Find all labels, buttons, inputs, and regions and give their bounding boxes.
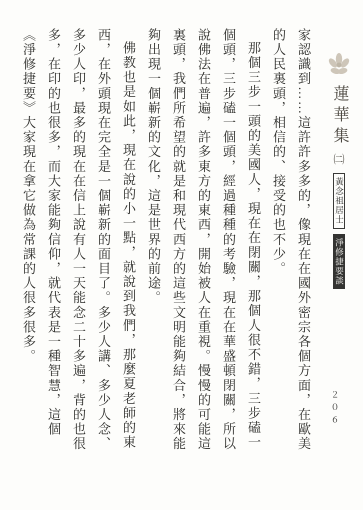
title-block: 蓮華集 ㈡ 黃念祖居士 淨修捷要談 [324,52,354,289]
lotus-seal-icon [327,52,351,78]
paragraph: 那個三步一頭的美國人，現在在閉關，那個人很不錯，三步磕一個頭，三步磕一個頭，經過… [141,28,266,464]
paragraph: 佛教也是如此，現在說的小一點，就說到我們，那麼夏老師的東西，在外頭現在完全是一個… [16,28,141,464]
author-box: 黃念祖居士 [333,173,346,229]
book-page: 蓮華集 ㈡ 黃念祖居士 淨修捷要談 ２０６ 家認識到……這許許多多的，像現在在國… [0,0,363,510]
paragraph-continuation: 家認識到……這許許多多的，像現在在國外密宗各個方面，在歐美的人民裏頭，相信的、接… [266,28,316,464]
book-title: 蓮華集 [331,85,347,148]
page-number: ２０６ [328,390,340,428]
section-box: 淨修捷要談 [333,234,345,290]
volume-label: ㈡ [334,155,345,166]
body-text: 家認識到……這許許多多的，像現在在國外密宗各個方面，在歐美的人民裏頭，相信的、接… [16,28,316,464]
